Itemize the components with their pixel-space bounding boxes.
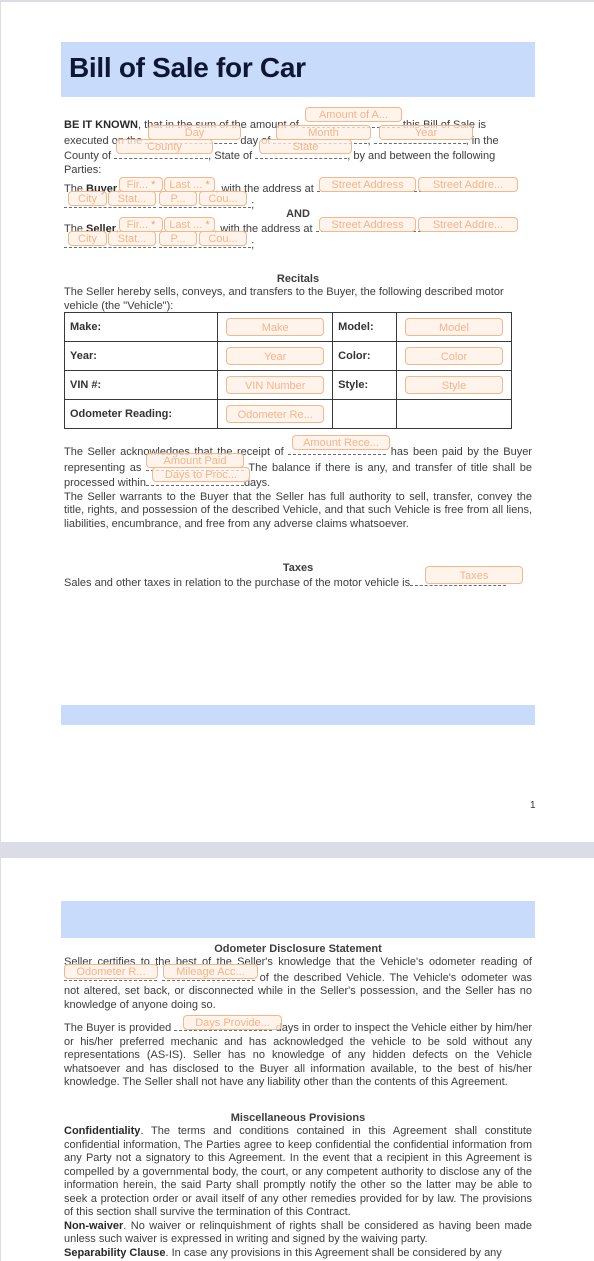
vehicle-label-cell: VIN #: [65,371,218,400]
party-text: ; [251,239,254,251]
amount-field[interactable]: Amount of A... [305,107,402,122]
vehicle-field-cell: Year [218,342,333,371]
buyer-first-name-field[interactable]: Fir... [119,177,163,192]
confidentiality-label: Confidentiality [64,1125,140,1137]
state-field[interactable]: State [259,139,352,154]
vehicle-label-cell: Model: [333,313,397,342]
footer-band [61,705,535,725]
taxes-field[interactable]: Taxes [425,566,523,584]
days-to-process-field[interactable]: Days to Proc... [152,467,250,482]
table-row: Make:MakeModel:Model [65,313,512,342]
intro-text: County of [64,150,111,162]
seller-street2-field[interactable]: Street Addre... [418,217,518,232]
odometer-reading-field[interactable]: Odometer R... [64,964,158,979]
ack-text: has been paid by the Buyer [391,446,532,458]
seller-street-field[interactable]: Street Address [319,217,416,232]
buyer-country-field[interactable]: Cou... [199,191,247,206]
nonwaiver-label: Non-waiver [64,1220,123,1232]
buyer-street-field[interactable]: Street Address [319,177,416,192]
vehicle-field[interactable]: Color [405,347,503,365]
days-provided-field[interactable]: Days Provide... [183,1015,282,1030]
seller-last-name-field[interactable]: Last ... [164,217,215,232]
separability-text: . In case any provisions in this Agreeme… [166,1247,502,1259]
seller-first-name-field[interactable]: Fir... [119,217,163,232]
vehicle-label-cell [333,400,397,429]
vehicle-field[interactable]: Make [226,318,324,336]
vehicle-label: Color: [338,350,370,362]
be-it-known: BE IT KNOWN [64,119,138,131]
vehicle-label-cell: Year: [65,342,218,371]
document-title: Bill of Sale for Car [69,52,306,84]
vehicle-field-cell: Make [218,313,333,342]
vehicle-label: Year: [70,350,97,362]
recitals-heading: Recitals [64,273,532,287]
ack-text: representing as [64,462,141,474]
inspection-paragraph: The Buyer is provided days in order to i… [64,1020,532,1090]
acknowledgement-paragraph: The Seller acknowledges that the receipt… [64,444,532,531]
buyer-last-name-field[interactable]: Last ... [164,177,215,192]
county-field[interactable]: County [116,139,213,154]
misc-paragraph: Confidentiality. The terms and condition… [64,1125,532,1260]
misc-heading: Miscellaneous Provisions [64,1112,532,1126]
vehicle-label: Make: [70,321,101,333]
vehicle-field[interactable]: Style [405,376,503,394]
taxes-text: Sales and other taxes in relation to the… [64,577,410,589]
amount-paid-field[interactable]: Amount Paid [146,453,244,468]
vehicle-field[interactable]: Odometer Re... [226,405,324,423]
vehicle-label: Model: [338,321,373,333]
ack-text: The balance if there is any, and transfe… [244,462,532,474]
vehicle-table: Make:MakeModel:ModelYear:YearColor:Color… [64,312,512,429]
table-row: Odometer Reading:Odometer Re... [65,400,512,429]
seller-state-field[interactable]: Stat... [108,231,156,246]
buyer-postal-field[interactable]: P... [159,191,197,206]
buyer-street2-field[interactable]: Street Addre... [418,177,518,192]
day-field[interactable]: Day [148,125,241,140]
buyer-city-field[interactable]: City [68,191,107,206]
seller-country-field[interactable]: Cou... [199,231,247,246]
confidentiality-text: . The terms and conditions contained in … [64,1125,532,1218]
page-number: 1 [530,800,536,811]
vehicle-field-cell: VIN Number [218,371,333,400]
table-row: VIN #:VIN NumberStyle:Style [65,371,512,400]
table-row: Year:YearColor:Color [65,342,512,371]
vehicle-label: Style: [338,379,368,391]
vehicle-field-cell: Color [397,342,512,371]
mileage-accuracy-field[interactable]: Mileage Acc... [163,964,258,979]
vehicle-field[interactable]: Model [405,318,503,336]
odometer-heading: Odometer Disclosure Statement [64,943,532,957]
vehicle-label: Odometer Reading: [70,408,172,420]
warranty-text: The Seller warrants to the Buyer that th… [64,491,532,532]
separability-label: Separability Clause [64,1247,166,1259]
year-field[interactable]: Year [379,125,473,140]
vehicle-label-cell: Color: [333,342,397,371]
vehicle-field-cell [397,400,512,429]
vehicle-label-cell: Style: [333,371,397,400]
buyer-state-field[interactable]: Stat... [108,191,156,206]
vehicle-field[interactable]: VIN Number [226,376,324,394]
vehicle-label-cell: Make: [65,313,218,342]
seller-postal-field[interactable]: P... [159,231,197,246]
header-band [61,901,535,938]
vehicle-label-cell: Odometer Reading: [65,400,218,429]
ack-text: processed within [64,477,146,489]
nonwaiver-text: . No waiver or relinquishment of rights … [64,1220,532,1246]
vehicle-label: VIN #: [70,379,101,391]
intro-text: , State of [208,150,252,162]
vehicle-field-cell: Odometer Re... [218,400,333,429]
vehicle-field[interactable]: Year [226,347,324,365]
inspection-text: The Buyer is provided [64,1022,171,1034]
title-band: Bill of Sale for Car [61,42,535,97]
vehicle-field-cell: Model [397,313,512,342]
seller-city-field[interactable]: City [68,231,107,246]
vehicle-field-cell: Style [397,371,512,400]
intro-text: Parties: [64,164,532,178]
intro-text: , by and between the following [347,150,495,162]
month-field[interactable]: Month [276,125,371,140]
amount-received-field[interactable]: Amount Rece... [292,435,390,450]
recitals-intro: The Seller hereby sells, conveys, and tr… [64,286,532,313]
